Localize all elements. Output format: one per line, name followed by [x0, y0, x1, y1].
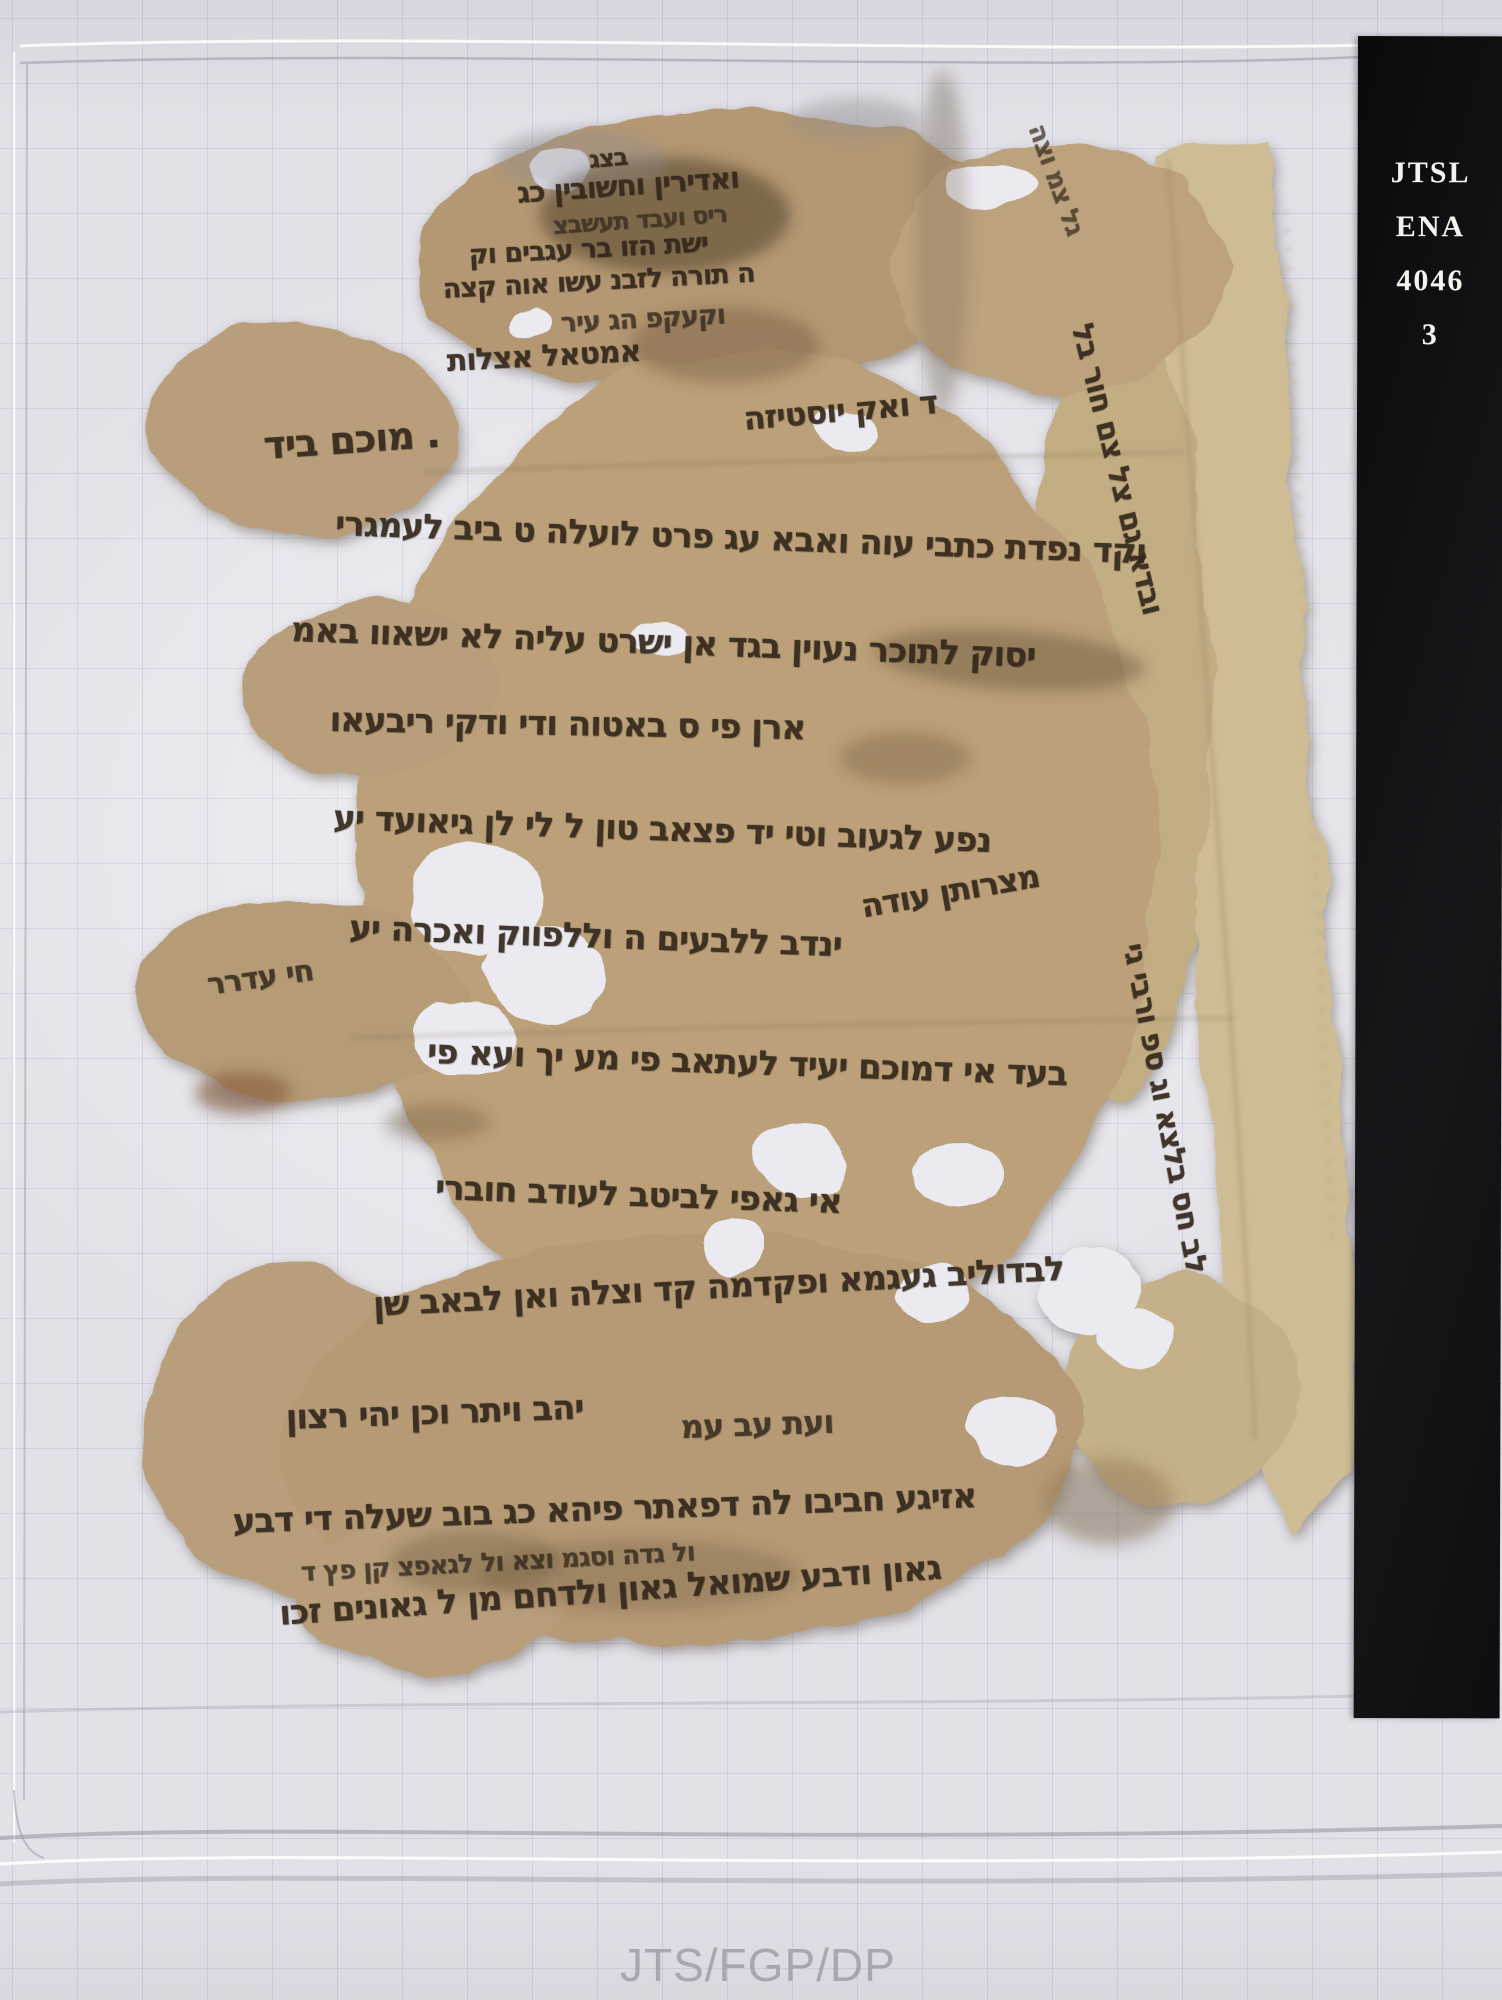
manuscript-line: ארן פי ס באטוה ודי ודקי ריבעאו [329, 700, 805, 748]
manuscript-line: ובדא גם צל צם חור בל [1064, 320, 1170, 618]
shelfmark-line-number: 4046 [1357, 254, 1502, 308]
manuscript-line: . מוכם ביד [262, 412, 441, 468]
manuscript-line: גל צמ וצה [1022, 120, 1090, 239]
manuscript-line: ועת עב עמ [680, 1403, 834, 1446]
manuscript-line: וקעקפ הג עיר [560, 299, 726, 339]
shelfmark-label: JTSL ENA 4046 3 [1357, 146, 1502, 362]
shelfmark-line-collection: JTSL [1358, 146, 1502, 200]
manuscript-lines-layer: בצגואדירין וחשובין כגריס ועבד תעשבצישת ה… [0, 0, 1502, 2000]
manuscript-line: אי גאפי לביטב לעודב חוברי [435, 1168, 843, 1222]
manuscript-line: ינדב ללבעים ה וללפווק ואכרה יע [349, 908, 843, 965]
manuscript-line: ד ואק יוסטיזה [742, 383, 939, 438]
digitization-watermark: JTS/FGP/DP [620, 1938, 896, 1992]
manuscript-line: אמטאל אצלות [446, 334, 641, 379]
manuscript-line: לב חס בלצא וג ספ ורבי גי [1116, 940, 1214, 1276]
manuscript-line: יסוק לתוכר נעוין בגד אן ישרט עליה לא ישא… [291, 610, 1036, 676]
manuscript-line: בעד אי דמוכם יעיד לעתאב פי מע יך ועא פי [427, 1032, 1068, 1094]
manuscript-line: לבדוליב געגמא ופקדמה קד וצלה ואן לבאב שן [372, 1249, 1065, 1325]
manuscript-line: נפע לגעוב וטי יד פצאב טון ל לי לן גיאועד… [333, 798, 992, 861]
manuscript-line: יהב ויתר וכן יהי רצון [285, 1388, 584, 1438]
shelfmark-strip: JTSL ENA 4046 3 [1354, 36, 1502, 1718]
manuscript-line: אזיגע חביבו לה דפאתר פיהא כג בוב שעלה די… [232, 1476, 977, 1542]
photograph-stage: בצגואדירין וחשובין כגריס ועבד תעשבצישת ה… [0, 0, 1502, 2000]
manuscript-line: חי עדרר [205, 953, 315, 1003]
shelfmark-line-series: ENA [1357, 200, 1502, 254]
shelfmark-line-folio: 3 [1357, 308, 1502, 362]
manuscript-line: מצרותן עודה [858, 857, 1042, 926]
manuscript-line: וקד נפדת כתבי עוה ואבא עג פרט לועלה ט בי… [335, 504, 1147, 572]
